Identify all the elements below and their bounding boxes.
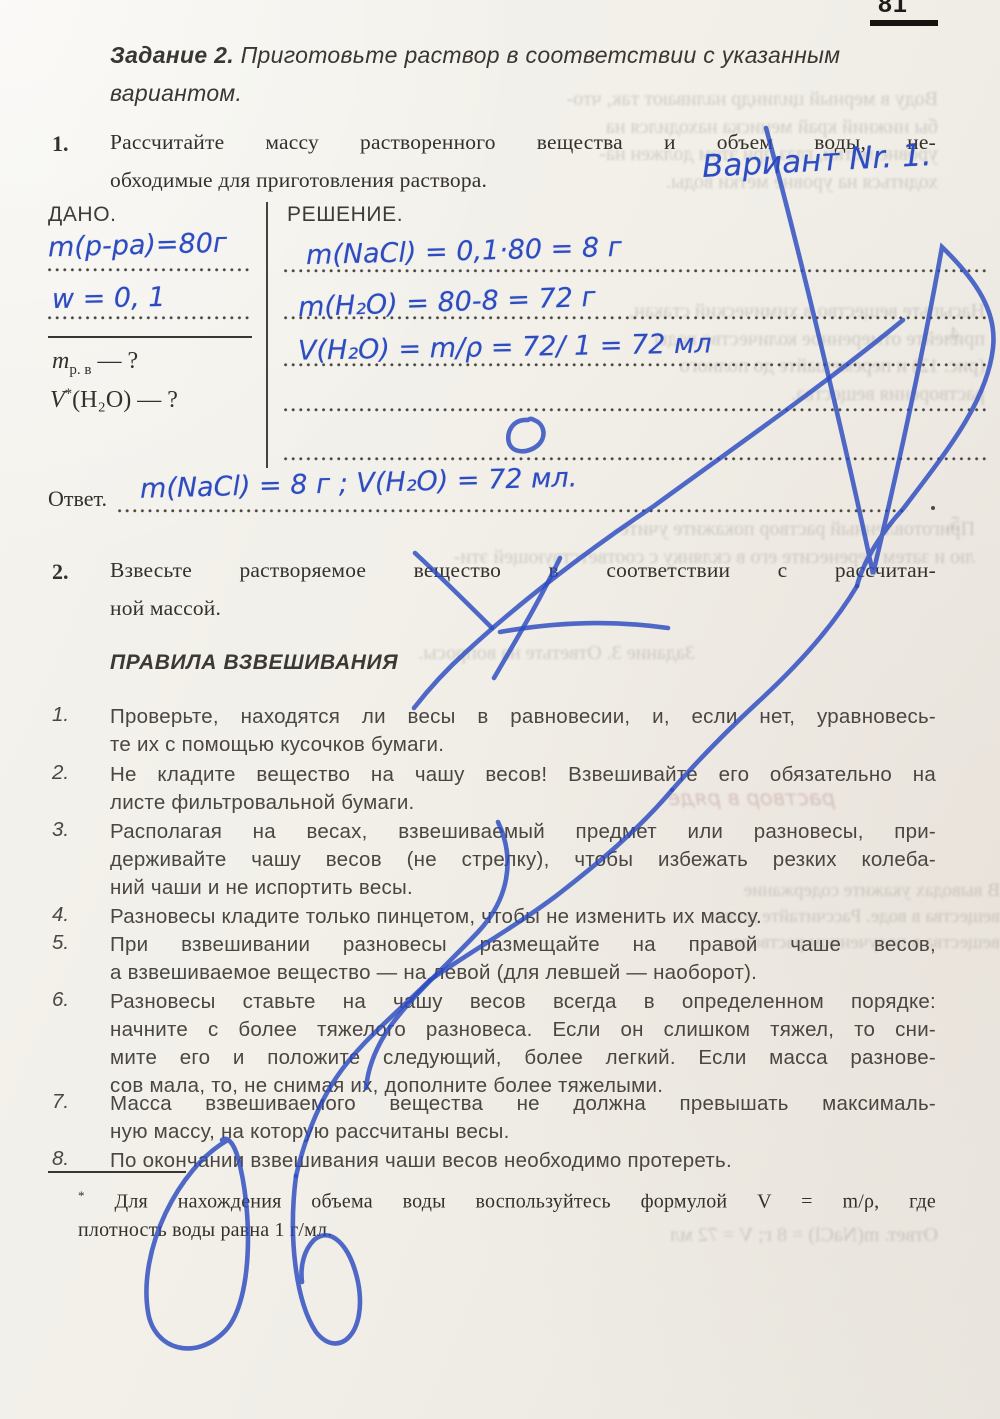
given-header: ДАНО.	[48, 203, 117, 227]
rule-line: те их с помощью кусочков бумаги.	[110, 731, 936, 759]
rule-item: При взвешивании разновесы размещайте на …	[110, 931, 936, 987]
pen-small-oval	[508, 419, 543, 451]
page-number: 81	[878, 0, 908, 19]
task-title-label: Задание 2.	[110, 42, 234, 68]
footnote-line2: плотность воды равна 1 г/мл.	[78, 1219, 332, 1242]
rule-item: Располагая на весах, взвешиваемый предме…	[110, 818, 936, 902]
task1-number: 1.	[52, 131, 69, 157]
rule-line: а взвешиваемое вещество — на левой (для …	[110, 959, 936, 987]
rule-number: 2.	[52, 761, 98, 785]
line-end-period	[931, 506, 935, 510]
rule-item: Масса взвешиваемого вещества не должна п…	[110, 1090, 936, 1146]
rule-line: Располагая на весах, взвешиваемый предме…	[110, 818, 936, 846]
given-unknown-volume: V*(H₂O) — ?	[50, 386, 178, 414]
rule-number: 5.	[52, 931, 98, 955]
column-divider	[266, 202, 268, 468]
rule-item: Не кладите вещество на чашу весов! Взвеш…	[110, 761, 936, 817]
dotted-line	[284, 269, 990, 273]
rule-line: ний чаши и не испортить весы.	[110, 874, 936, 902]
rule-line: Масса взвешиваемого вещества не должна п…	[110, 1090, 936, 1118]
rule-item: Разновесы ставьте на чашу весов всегда в…	[110, 988, 936, 1100]
pen-checkmark	[766, 128, 994, 586]
rule-line: держивайте чашу весов (не стрелку), чтоб…	[110, 846, 936, 874]
rule-number: 1.	[52, 703, 98, 727]
task-title-line2: вариантом.	[110, 80, 242, 107]
rule-line: Проверьте, находятся ли весы в равновеси…	[110, 703, 936, 731]
handwritten-solution-1: m(NaCl) = 0,1·80 = 8 г	[306, 232, 623, 271]
solution-header: РЕШЕНИЕ.	[287, 203, 403, 227]
task-title-line1: Задание 2. Приготовьте раствор в соответ…	[110, 42, 840, 69]
rule-line: начните с более тяжелого разновеса. Если…	[110, 1016, 936, 1044]
pen-scrawl-horizontal	[500, 623, 668, 632]
handwritten-given-w: w = 0, 1	[52, 282, 166, 315]
rule-line: Разновесы ставьте на чашу весов всегда в…	[110, 988, 936, 1016]
given-unknown-mass: mр. в — ?	[52, 348, 138, 379]
dotted-line	[284, 316, 990, 320]
footnote-line1: * Для нахождения объема воды воспользуйт…	[78, 1188, 936, 1214]
bleedthrough-text: Ответ. m(NaCl) = 8 г; V = 72 мл	[598, 1222, 938, 1248]
rules-heading: ПРАВИЛА ВЗВЕШИВАНИЯ	[110, 651, 398, 675]
footnote-rule	[48, 1171, 186, 1173]
task2-line2: ной массой.	[110, 596, 221, 621]
workbook-page: Воду в мерный цилиндр наливают так, что-…	[0, 0, 1000, 1419]
rule-line: Не кладите вещество на чашу весов! Взвеш…	[110, 761, 936, 789]
handwritten-answer: m(NaCl) = 8 г ; V(H₂O) = 72 мл.	[140, 462, 578, 504]
handwritten-given-mass: m(р-ра)=80г	[48, 228, 228, 264]
dotted-line	[118, 509, 908, 513]
dotted-line	[284, 408, 990, 412]
dotted-line	[284, 457, 990, 461]
rule-line: мите его и положите следующий, более лег…	[110, 1044, 936, 1072]
given-separator-line	[48, 336, 252, 338]
rule-line: Разновесы кладите только пинцетом, чтобы…	[110, 903, 936, 931]
rule-line: По окончании взвешивания чаши весов необ…	[110, 1147, 936, 1175]
rule-line: ную массу, на которую рассчитаны весы.	[110, 1118, 936, 1146]
task2-line1: Взвесьте растворяемое вещество в соответ…	[110, 558, 936, 583]
rule-item: Проверьте, находятся ли весы в равновеси…	[110, 703, 936, 759]
handwritten-solution-3: V(H₂O) = m/ρ = 72/ 1 = 72 мл	[298, 328, 712, 366]
rule-number: 3.	[52, 818, 98, 842]
page-number-underline	[870, 20, 938, 26]
rule-number: 6.	[52, 988, 98, 1012]
rule-line: листе фильтровальной бумаги.	[110, 789, 936, 817]
pen-scrawl-diagonal	[414, 320, 903, 708]
bleedthrough-text: 4.	[920, 322, 960, 346]
rule-item: По окончании взвешивания чаши весов необ…	[110, 1147, 936, 1175]
dotted-line	[48, 316, 252, 320]
dotted-line	[48, 268, 252, 272]
task1-line2: обходимые для приготовления раствора.	[110, 168, 487, 193]
rule-number: 8.	[52, 1147, 98, 1171]
pen-check-tail	[672, 586, 857, 790]
dotted-line	[284, 363, 990, 367]
answer-label: Ответ.	[48, 486, 107, 512]
task2-number: 2.	[52, 559, 69, 585]
rule-number: 4.	[52, 903, 98, 927]
rule-item: Разновесы кладите только пинцетом, чтобы…	[110, 903, 936, 931]
bleedthrough-text: 5.	[920, 512, 960, 536]
rule-line: При взвешивании разновесы размещайте на …	[110, 931, 936, 959]
rule-number: 7.	[52, 1090, 98, 1114]
